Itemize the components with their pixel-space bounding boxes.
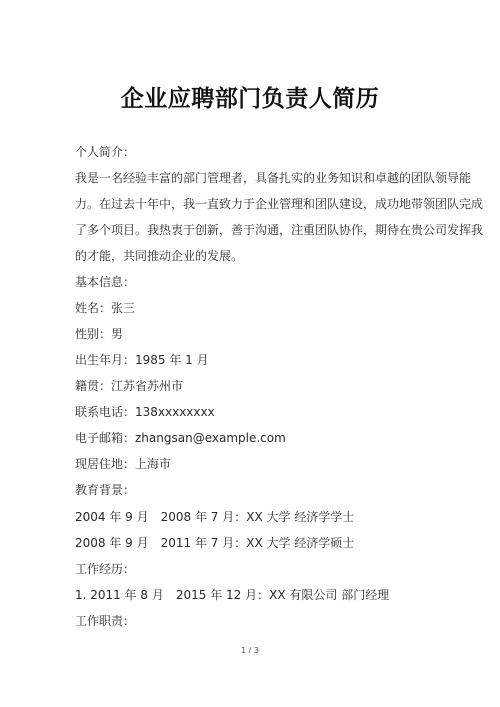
profile-paragraph-line: 了多个项目。我热衷于创新，善于沟通，注重团队协作，期待在贵公司发挥我 [75,223,483,237]
section-heading-work-experience: 工作经历： [75,562,135,576]
document-title: 企业应聘部门负责人简历 [0,80,500,113]
info-gender: 性别：男 [75,327,123,341]
section-heading-profile: 个人简介： [75,145,135,159]
info-name: 姓名：张三 [75,301,135,315]
profile-paragraph-line: 的才能，共同推动企业的发展。 [75,249,243,263]
education-entry: 2008 年 9 月 2011 年 7 月：XX 大学 经济学硕士 [75,536,354,550]
education-entry: 2004 年 9 月 2008 年 7 月：XX 大学 经济学学士 [75,510,354,524]
page-indicator: 1 / 3 [0,646,500,655]
profile-paragraph-line: 我是一名经验丰富的部门管理者，具备扎实的业务知识和卓越的团队领导能 [75,171,471,185]
section-heading-education: 教育背景： [75,483,135,497]
section-heading-basic-info: 基本信息： [75,275,135,289]
document-page: 企业应聘部门负责人简历 个人简介： 我是一名经验丰富的部门管理者，具备扎实的业务… [0,0,500,707]
section-heading-responsibilities: 工作职责： [75,614,135,628]
info-email: 电子邮箱：zhangsan@example.com [75,431,286,445]
info-phone: 联系电话：138xxxxxxxx [75,405,215,419]
profile-paragraph-line: 力。在过去十年中，我一直致力于企业管理和团队建设，成功地带领团队完成 [75,197,483,211]
info-birth-date: 出生年月：1985 年 1 月 [75,353,209,367]
work-entry: 1. 2011 年 8 月 2015 年 12 月：XX 有限公司 部门经理 [75,588,389,602]
info-residence: 现居住地：上海市 [75,457,171,471]
info-hometown: 籍贯：江苏省苏州市 [75,379,183,393]
